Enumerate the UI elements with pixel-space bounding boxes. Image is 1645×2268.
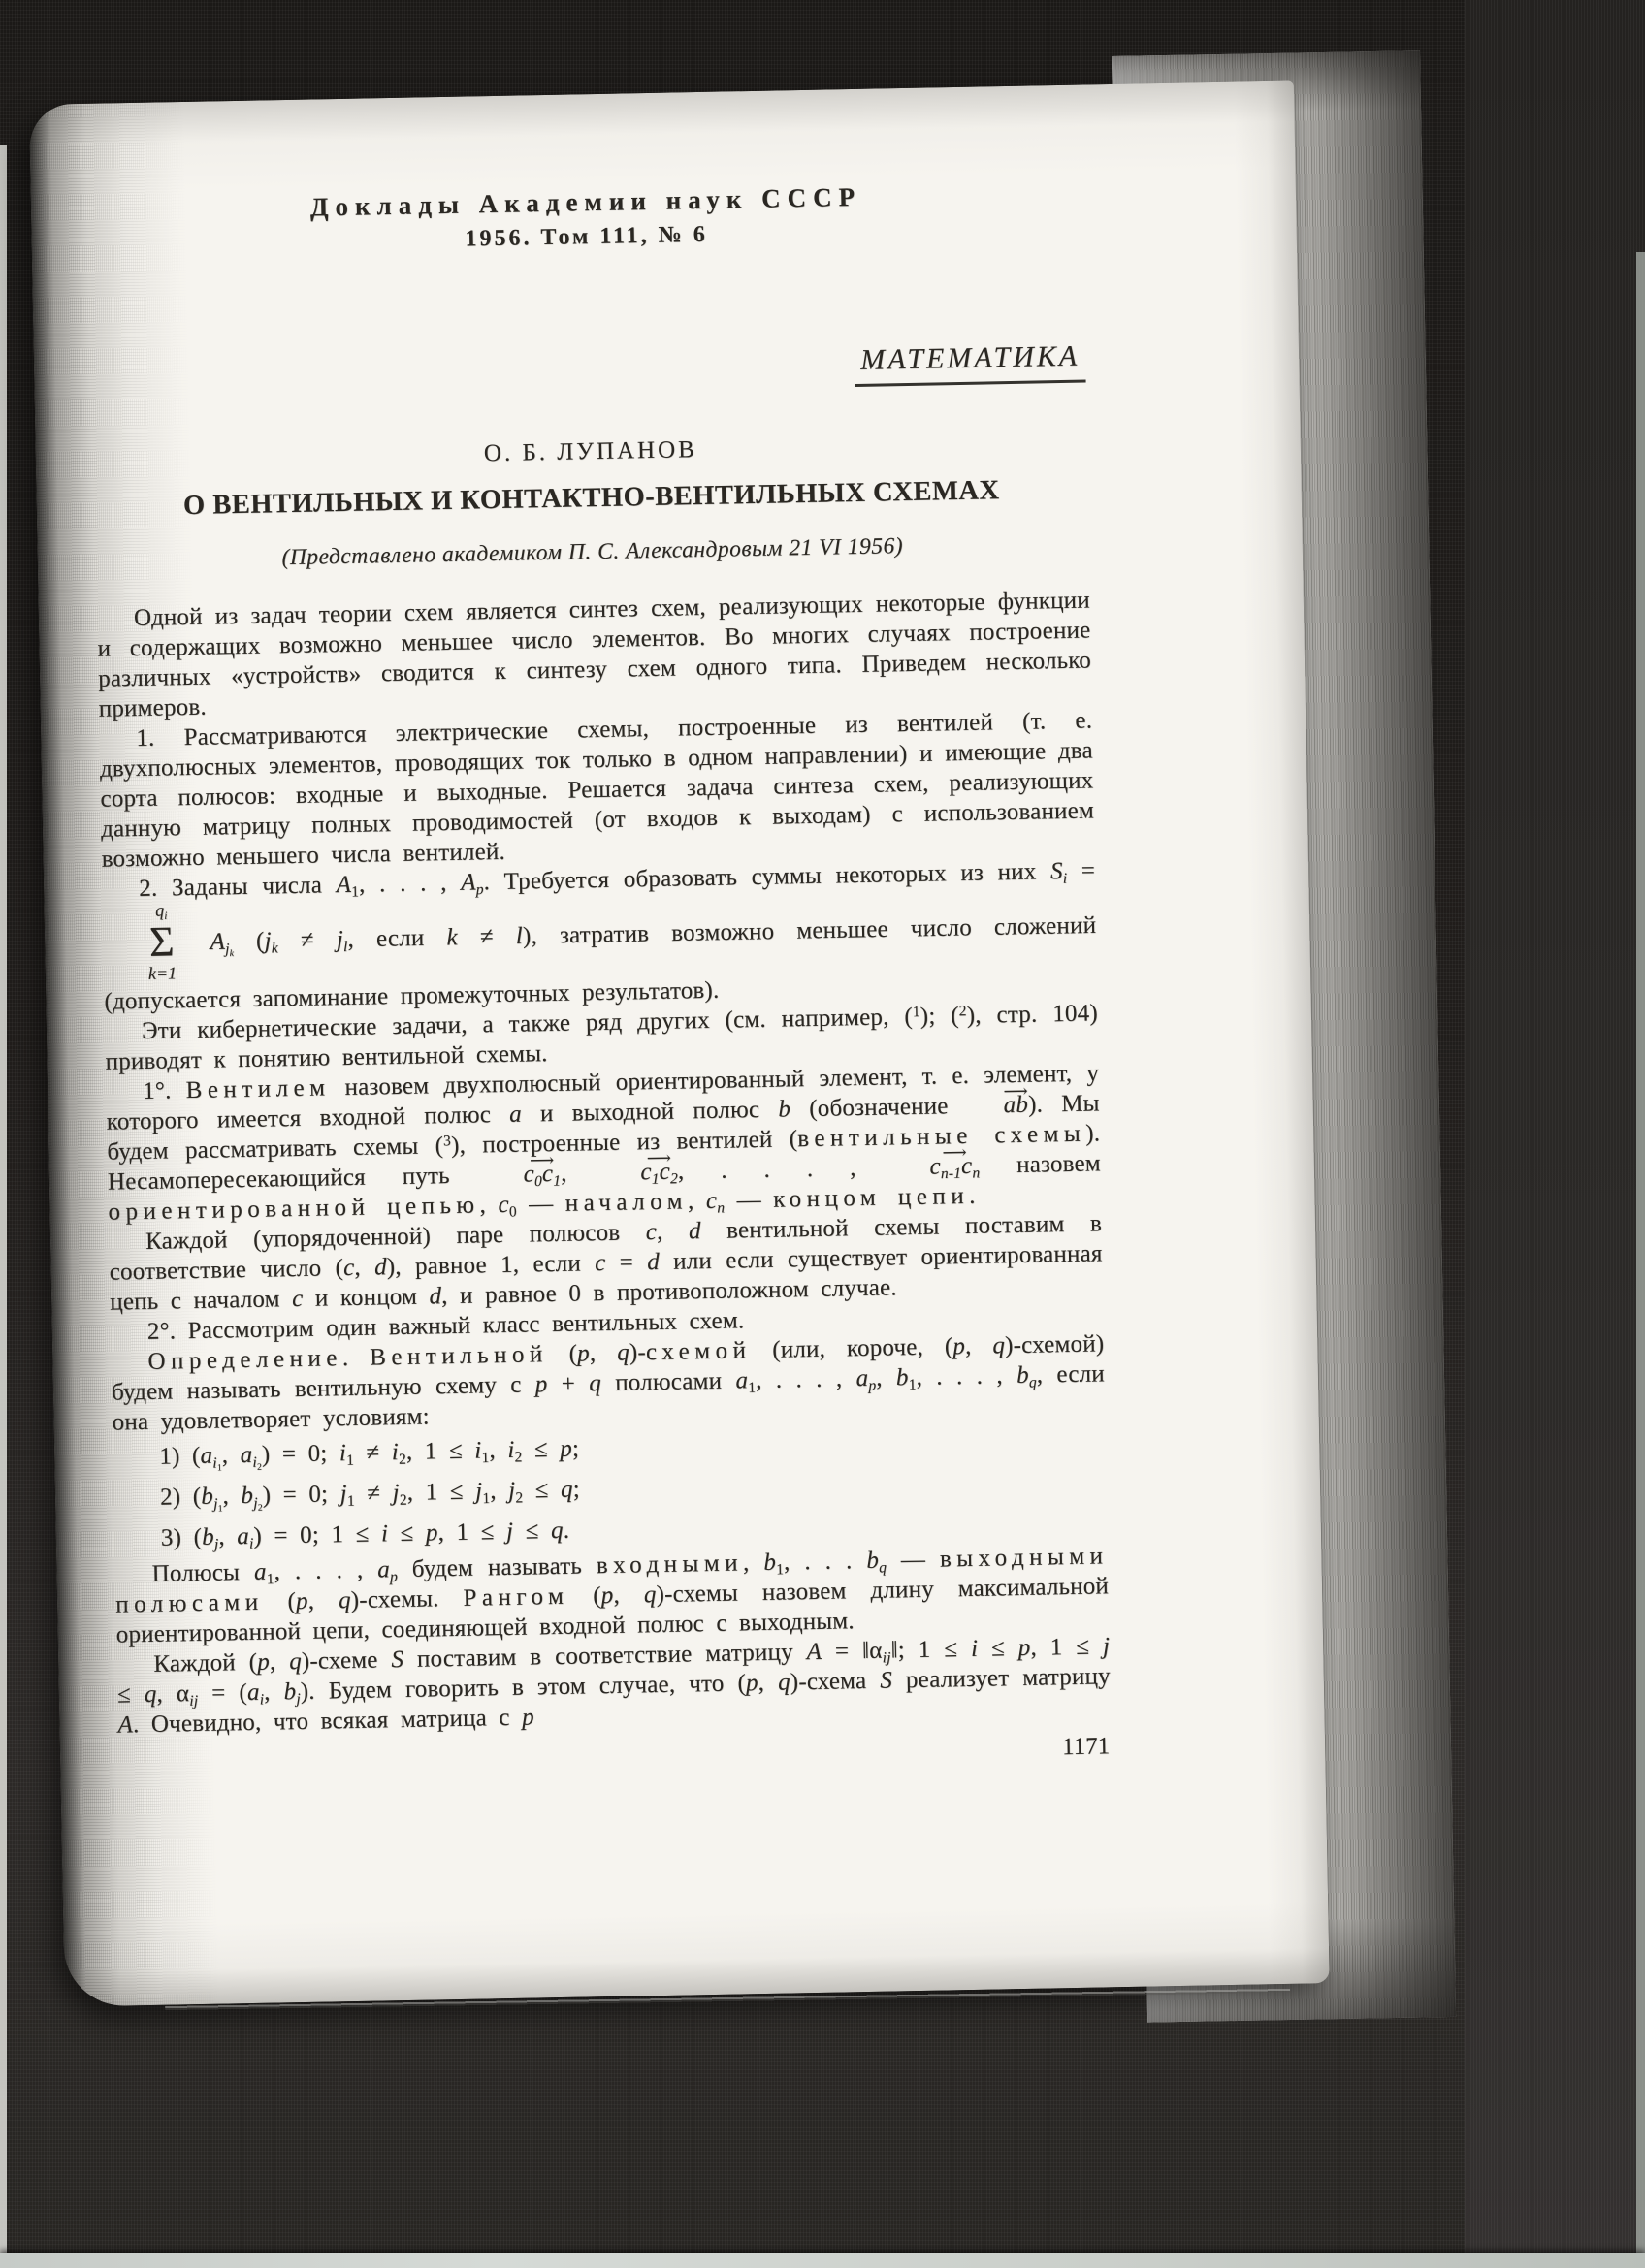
paragraph: Одной из задач теории схем является синт…: [97, 585, 1092, 723]
paragraph: 2. Заданы числа A1, . . . , Ap. Требуетс…: [102, 855, 1098, 1017]
paragraph: 1°. Вентилем назовем двухполюсный ориент…: [106, 1059, 1102, 1228]
scan-right-edge: [1636, 252, 1645, 2268]
scan-bottom-edge: [0, 2253, 1645, 2268]
scan-left-edge: [0, 145, 7, 2268]
scanner-right-zone: [1465, 0, 1645, 2268]
page-content: Доклады Академии наук СССР 1956. Том 111…: [89, 178, 1113, 1779]
section-label: МАТЕМАТИКА: [855, 340, 1086, 387]
page-number: 1171: [118, 1734, 1112, 1779]
section-label-row: МАТЕМАТИКА: [92, 340, 1086, 401]
presented-line: (Представлено академиком П. С. Александр…: [96, 529, 1089, 574]
article-title: О ВЕНТИЛЬНЫХ И КОНТАКТНО-ВЕНТИЛЬНЫХ СХЕМ…: [95, 473, 1088, 523]
paragraph: Каждой (p, q)-схеме S поставим в соответ…: [116, 1632, 1112, 1741]
book-page: Доклады Академии наук СССР 1956. Том 111…: [29, 80, 1330, 2006]
article-body: Одной из задач теории схем является синт…: [97, 585, 1112, 1740]
paragraph: 1. Рассматриваются электрические схемы, …: [99, 705, 1095, 874]
article-author: О. Б. ЛУПАНОВ: [94, 430, 1087, 475]
